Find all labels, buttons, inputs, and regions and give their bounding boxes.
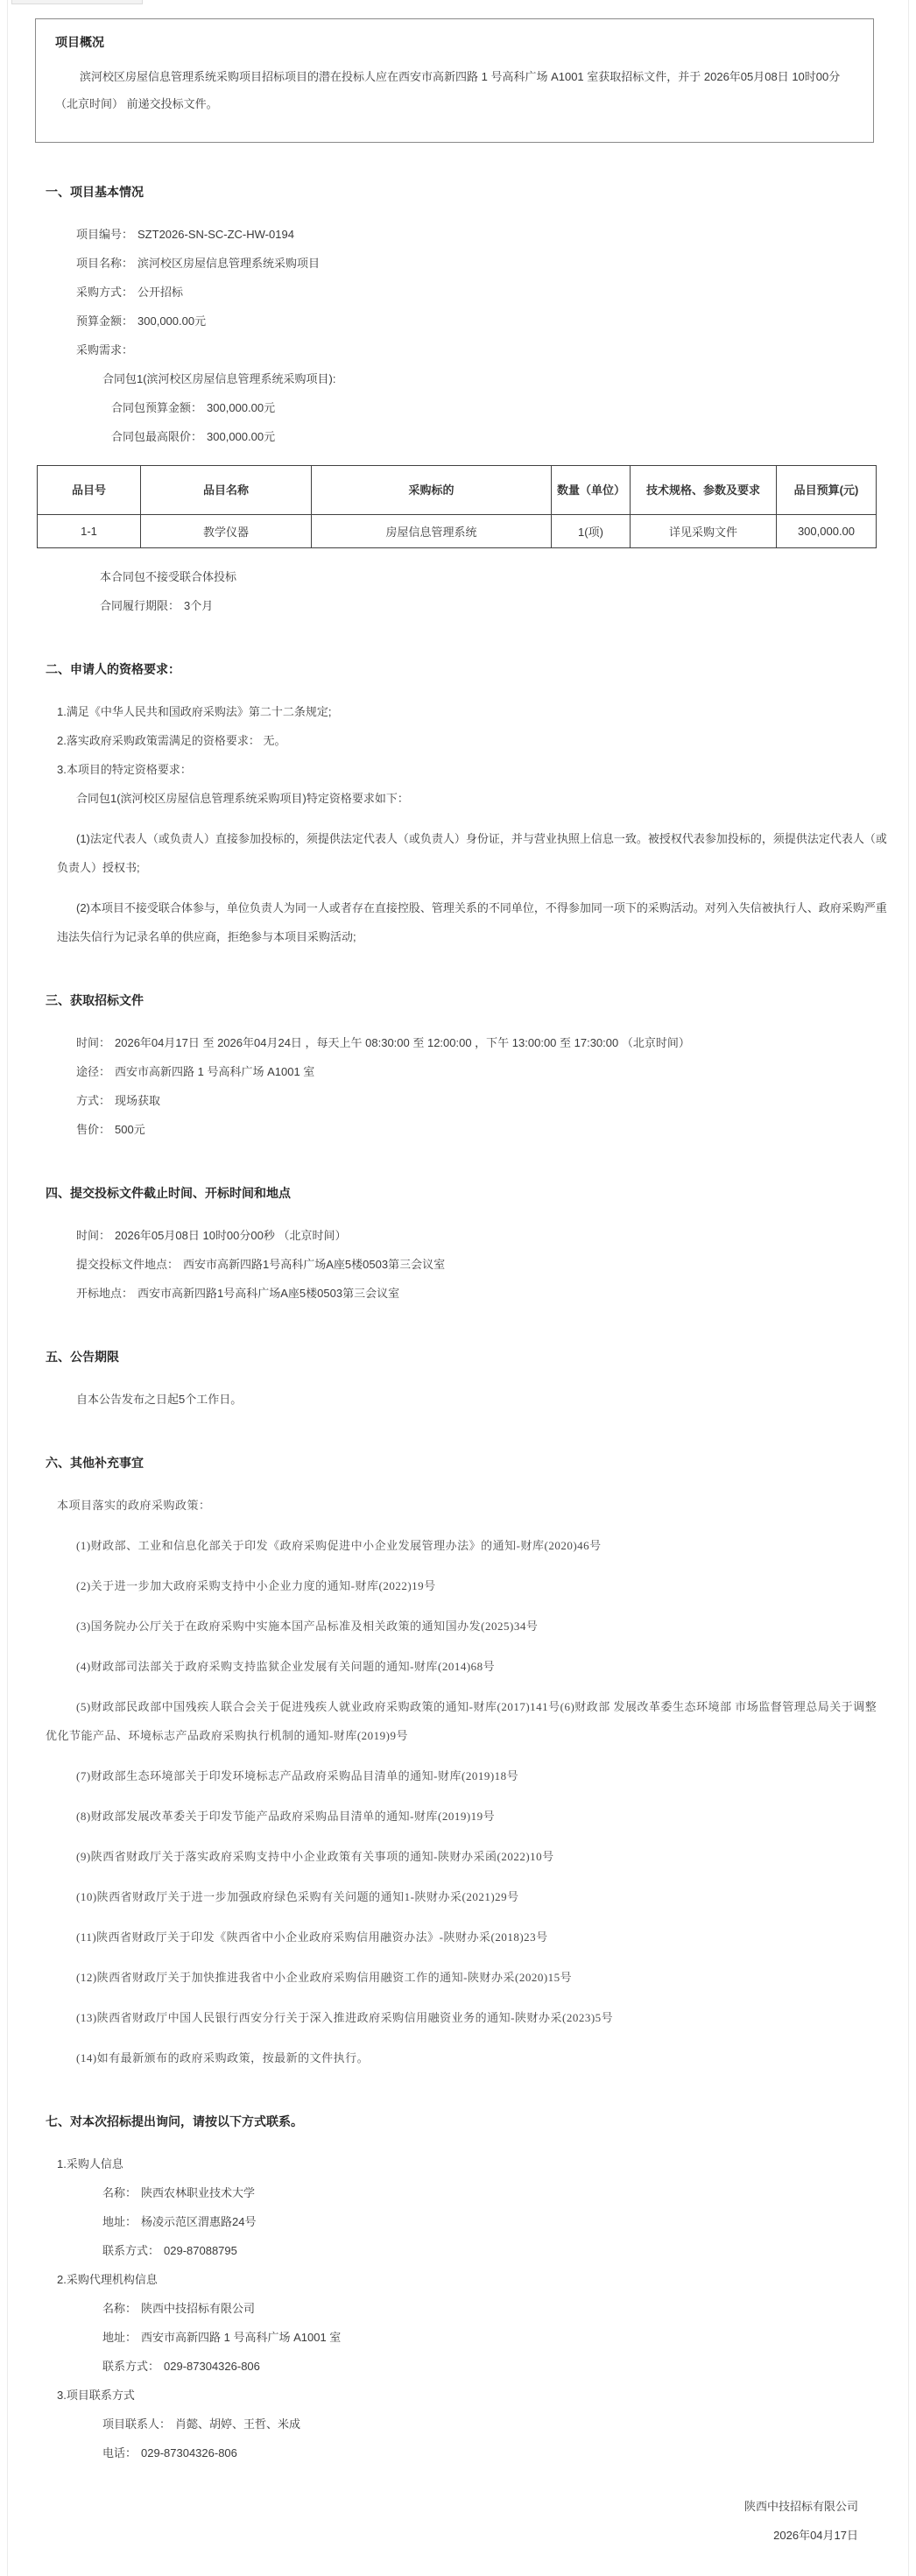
- field-label: 合同履行期限：: [100, 599, 180, 612]
- col-header-subject: 采购标的: [312, 466, 552, 515]
- contact-group-title-purchaser: 1.采购人信息: [28, 2149, 888, 2178]
- policy-intro: 本项目落实的政府采购政策：: [28, 1491, 888, 1520]
- field-value: 西安市高新四路 1 号高科广场 A1001 室: [115, 1065, 314, 1078]
- field-label: 采购方式：: [76, 286, 133, 299]
- overview-box: 项目概况 滨河校区房屋信息管理系统采购项目招标项目的潜在投标人应在西安市高新四路…: [35, 18, 874, 143]
- col-header-quantity: 数量（单位）: [552, 466, 631, 515]
- cell-subject: 房屋信息管理系统: [312, 515, 552, 548]
- policy-item-2: (2)关于进一步加大政府采购支持中小企业力度的通知-财库(2022)19号: [28, 1571, 888, 1600]
- field-label: 项目名称：: [76, 257, 133, 270]
- cell-specs: 详见采购文件: [631, 515, 777, 548]
- section-heading-other: 六、其他补充事宜: [28, 1454, 888, 1471]
- period-body: 自本公告发布之日起5个工作日。: [28, 1385, 888, 1414]
- field-project-name: 项目名称：滨河校区房屋信息管理系统采购项目: [28, 249, 888, 278]
- table-row: 1-1 教学仪器 房屋信息管理系统 1(项) 详见采购文件 300,000.00: [38, 515, 877, 548]
- field-label: 开标地点：: [76, 1287, 133, 1300]
- policy-item-8: (8)财政部发展改革委关于印发节能产品政府采购品目清单的通知-财库(2019)1…: [28, 1802, 888, 1831]
- field-label: 地址：: [102, 2215, 137, 2228]
- agency-address: 地址：西安市高新四路 1 号高科广场 A1001 室: [28, 2323, 888, 2352]
- agency-phone: 联系方式：029-87304326-806: [28, 2352, 888, 2381]
- qualification-item-3: 3.本项目的特定资格要求：: [28, 755, 888, 784]
- field-value: 陕西农林职业技术大学: [141, 2186, 255, 2199]
- agency-name: 名称：陕西中技招标有限公司: [28, 2294, 888, 2323]
- policy-item-14: (14)如有最新颁布的政府采购政策，按最新的文件执行。: [28, 2043, 888, 2072]
- footer-signature: 陕西中技招标有限公司 2026年04月17日: [28, 2492, 888, 2550]
- purchaser-phone: 联系方式：029-87088795: [28, 2236, 888, 2265]
- field-value: 杨凌示范区渭惠路24号: [141, 2215, 256, 2228]
- field-value: 西安市高新四路1号高科广场A座5楼0503第三会议室: [137, 1287, 399, 1300]
- field-label: 时间：: [76, 1229, 110, 1242]
- no-consortium-note: 本合同包不接受联合体投标: [28, 562, 888, 591]
- section-heading-period: 五、公告期限: [28, 1348, 888, 1366]
- field-label: 提交投标文件地点：: [76, 1258, 179, 1271]
- package-title: 合同包1(滨河校区房屋信息管理系统采购项目):: [28, 364, 888, 393]
- field-project-number: 项目编号：SZT2026-SN-SC-ZC-HW-0194: [28, 220, 888, 249]
- qualification-item-1: 1.满足《中华人民共和国政府采购法》第二十二条规定;: [28, 697, 888, 726]
- items-table: 品目号 品目名称 采购标的 数量（单位） 技术规格、参数及要求 品目预算(元) …: [37, 465, 877, 548]
- field-value: 西安市高新四路 1 号高科广场 A1001 室: [141, 2331, 341, 2344]
- field-value: 2026年04月17日 至 2026年04月24日 ，每天上午 08:30:00…: [115, 1036, 690, 1049]
- field-value: 西安市高新四路1号高科广场A座5楼0503第三会议室: [183, 1258, 445, 1271]
- field-label: 预算金额：: [76, 314, 133, 328]
- field-label: 项目联系人：: [102, 2417, 171, 2431]
- demand-label: 采购需求：: [28, 335, 888, 364]
- col-header-specs: 技术规格、参数及要求: [631, 466, 777, 515]
- opening-place: 开标地点：西安市高新四路1号高科广场A座5楼0503第三会议室: [28, 1279, 888, 1308]
- cropped-ui-fragment: [11, 0, 143, 4]
- field-value: 公开招标: [137, 286, 183, 299]
- col-header-item-no: 品目号: [38, 466, 141, 515]
- purchaser-address: 地址：杨凌示范区渭惠路24号: [28, 2207, 888, 2236]
- obtain-method: 方式：现场获取: [28, 1086, 888, 1115]
- field-label: 电话：: [102, 2446, 137, 2460]
- field-value: 300,000.00元: [207, 430, 275, 443]
- contact-group-title-agency: 2.采购代理机构信息: [28, 2265, 888, 2294]
- field-label: 合同包预算金额：: [111, 401, 202, 414]
- field-label: 联系方式：: [102, 2360, 159, 2373]
- field-value: 029-87088795: [164, 2244, 237, 2257]
- policy-item-9: (9)陕西省财政厅关于落实政府采购支持中小企业政策有关事项的通知-陕财办采函(2…: [28, 1842, 888, 1871]
- section-heading-contact: 七、对本次招标提出询问，请按以下方式联系。: [28, 2113, 888, 2130]
- cell-item-budget: 300,000.00: [777, 515, 877, 548]
- section-heading-deadline: 四、提交投标文件截止时间、开标时间和地点: [28, 1184, 888, 1202]
- section-heading-basic: 一、项目基本情况: [28, 183, 888, 201]
- field-procurement-method: 采购方式：公开招标: [28, 278, 888, 307]
- package-qualification-note: 合同包1(滨河校区房屋信息管理系统采购项目)特定资格要求如下：: [28, 784, 888, 813]
- cell-item-name: 教学仪器: [141, 515, 312, 548]
- col-header-item-budget: 品目预算(元): [777, 466, 877, 515]
- obtain-channel: 途径：西安市高新四路 1 号高科广场 A1001 室: [28, 1057, 888, 1086]
- col-header-item-name: 品目名称: [141, 466, 312, 515]
- policy-item-3: (3)国务院办公厅关于在政府采购中实施本国产品标准及相关政策的通知国办发(202…: [28, 1612, 888, 1641]
- field-label: 合同包最高限价：: [111, 430, 202, 443]
- section-heading-qualification: 二、申请人的资格要求：: [28, 660, 888, 678]
- field-label: 方式：: [76, 1094, 110, 1107]
- section-heading-obtain: 三、获取招标文件: [28, 992, 888, 1009]
- footer-company: 陕西中技招标有限公司: [28, 2492, 858, 2521]
- qualification-clause-2: (2)本项目不接受联合体参与，单位负责人为同一人或者存在直接控股、管理关系的不同…: [28, 893, 888, 951]
- overview-title: 项目概况: [55, 33, 854, 51]
- submission-place: 提交投标文件地点：西安市高新四路1号高科广场A座5楼0503第三会议室: [28, 1250, 888, 1279]
- field-value: 滨河校区房屋信息管理系统采购项目: [137, 257, 320, 270]
- cell-quantity: 1(项): [552, 515, 631, 548]
- document-page: 项目概况 滨河校区房屋信息管理系统采购项目招标项目的潜在投标人应在西安市高新四路…: [0, 0, 916, 2576]
- policy-item-5-6: (5)财政部民政部中国残疾人联合会关于促进残疾人就业政府采购政策的通知-财库(2…: [28, 1692, 888, 1750]
- contract-duration: 合同履行期限：3个月: [28, 591, 888, 620]
- field-budget-amount: 预算金额：300,000.00元: [28, 307, 888, 335]
- deadline-time: 时间：2026年05月08日 10时00分00秒 （北京时间）: [28, 1221, 888, 1250]
- field-value: 500元: [115, 1123, 145, 1136]
- project-contacts: 项目联系人：肖懿、胡婷、王哲、米成: [28, 2410, 888, 2438]
- qualification-clause-1: (1)法定代表人（或负责人）直接参加投标的，须提供法定代表人（或负责人）身份证，…: [28, 824, 888, 882]
- project-phone: 电话：029-87304326-806: [28, 2438, 888, 2467]
- field-label: 名称：: [102, 2302, 137, 2315]
- cell-item-no: 1-1: [38, 515, 141, 548]
- policy-item-7: (7)财政部生态环境部关于印发环境标志产品政府采购品目清单的通知-财库(2019…: [28, 1761, 888, 1790]
- policy-item-4: (4)财政部司法部关于政府采购支持监狱企业发展有关问题的通知-财库(2014)6…: [28, 1652, 888, 1681]
- policy-item-13: (13)陕西省财政厅中国人民银行西安分行关于深入推进政府采购信用融资业务的通知-…: [28, 2003, 888, 2032]
- field-label: 时间：: [76, 1036, 110, 1049]
- field-value: 3个月: [184, 599, 213, 612]
- field-value: 029-87304326-806: [141, 2446, 237, 2460]
- obtain-price: 售价：500元: [28, 1115, 888, 1144]
- field-value: SZT2026-SN-SC-ZC-HW-0194: [137, 228, 294, 241]
- footer-date: 2026年04月17日: [28, 2521, 858, 2550]
- field-value: 300,000.00元: [137, 314, 206, 328]
- field-label: 途径：: [76, 1065, 110, 1078]
- policy-item-11: (11)陕西省财政厅关于印发《陕西省中小企业政府采购信用融资办法》-陕财办采(2…: [28, 1923, 888, 1951]
- field-label: 售价：: [76, 1123, 110, 1136]
- field-value: 300,000.00元: [207, 401, 275, 414]
- contact-group-title-project: 3.项目联系方式: [28, 2381, 888, 2410]
- field-value: 陕西中技招标有限公司: [141, 2302, 255, 2315]
- policy-item-12: (12)陕西省财政厅关于加快推进我省中小企业政府采购信用融资工作的通知-陕财办采…: [28, 1963, 888, 1992]
- package-cap: 合同包最高限价：300,000.00元: [28, 422, 888, 451]
- field-label: 地址：: [102, 2331, 137, 2344]
- field-label: 项目编号：: [76, 228, 133, 241]
- obtain-time: 时间：2026年04月17日 至 2026年04月24日 ，每天上午 08:30…: [28, 1028, 888, 1057]
- field-value: 2026年05月08日 10时00分00秒 （北京时间）: [115, 1229, 346, 1242]
- field-value: 现场获取: [115, 1094, 160, 1107]
- field-value: 肖懿、胡婷、王哲、米成: [175, 2417, 300, 2431]
- overview-body: 滨河校区房屋信息管理系统采购项目招标项目的潜在投标人应在西安市高新四路 1 号高…: [55, 63, 854, 117]
- qualification-item-2: 2.落实政府采购政策需满足的资格要求： 无。: [28, 726, 888, 755]
- policy-item-10: (10)陕西省财政厅关于进一步加强政府绿色采购有关问题的通知1-陕财办采(202…: [28, 1882, 888, 1911]
- field-label: 联系方式：: [102, 2244, 159, 2257]
- purchaser-name: 名称：陕西农林职业技术大学: [28, 2178, 888, 2207]
- policy-item-1: (1)财政部、工业和信息化部关于印发《政府采购促进中小企业发展管理办法》的通知-…: [28, 1531, 888, 1560]
- field-label: 名称：: [102, 2186, 137, 2199]
- field-value: 029-87304326-806: [164, 2360, 260, 2373]
- package-budget: 合同包预算金额：300,000.00元: [28, 393, 888, 422]
- table-header-row: 品目号 品目名称 采购标的 数量（单位） 技术规格、参数及要求 品目预算(元): [38, 466, 877, 515]
